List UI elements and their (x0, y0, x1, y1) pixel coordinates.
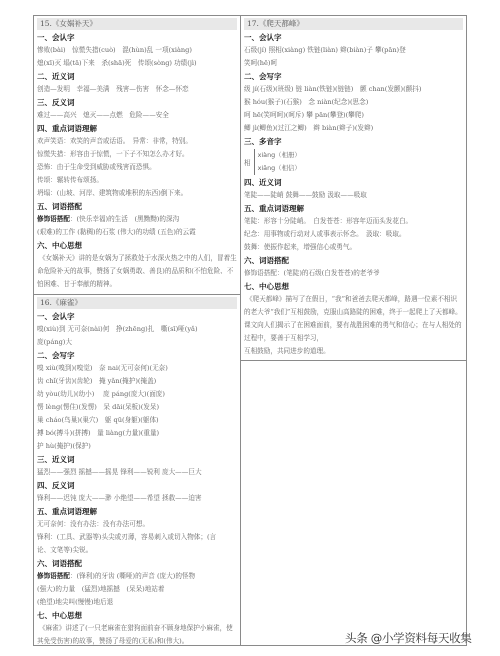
section-heading: 六、词语搭配 (244, 254, 463, 267)
text-line: 修饰语搭配：(快乐幸福)的生活 (黑黝黝)的深沟 (37, 213, 237, 226)
text-line: 惊慌失措：形容由于惊慌，一下子不知怎么办才好。 (37, 148, 237, 161)
text-line: (绝望)地尖叫(慢慢)地后退 (37, 596, 237, 609)
text-line: 难过——高兴 熄灭——点燃 危险——安全 (37, 109, 237, 122)
text-line: 无可奈何：没有办法：没有办法可想。 (37, 518, 237, 531)
text-line: 搏 bó(搏斗)(拼搏) 量 liàng(力量)(重量) (37, 427, 237, 440)
left-column: 15.《女娲补天》 一、会认字 惨败(bài) 惊慌失措(cuò) 混(hùn)… (34, 16, 241, 645)
text-line: 修饰语搭配：(笔陡)的石级(白发苍苍)的老爷爷 (244, 267, 463, 280)
text-span: ：(锋利)的牙齿 (嘶哑)的声音 (庞大)的怪物 (70, 572, 195, 580)
lesson-title: 17.《爬天都峰》 (244, 18, 463, 30)
text-line: 坍塌：(山坡、河岸、建筑物或堆积的东西)倒下来。 (37, 187, 237, 200)
section-heading: 三、反义词 (37, 96, 237, 109)
text-line: 恐怖：由于生命受到威胁或残害而恐惧。 (37, 161, 237, 174)
text-line: 护 hù(掩护)(保护) (37, 440, 237, 453)
text-line: 猴 hóu(猴子)(石猴) 念 niàn(纪念)(思念) (244, 96, 463, 109)
text-line: 嗅 xiù(嗅到)(嗅觉) 奈 nai(无可奈何)(无奈) (37, 362, 237, 375)
section-heading: 三、多音字 (244, 135, 463, 148)
summary-paragraph: 《爬天都峰》描写了在假日，“我”和爸爸去爬天都峰，路遇一位素不相识的老大爷“我们… (244, 293, 463, 345)
bold-lead: 修饰语搭配 (37, 215, 70, 223)
text-line: 锋利——迟钝 庞大——渺 小绝望——希望 拯救——迫害 (37, 492, 237, 505)
text-line: 猛烈——强烈 摇撼——摇晃 锋利——锐利 庞大——巨大 (37, 466, 237, 479)
text-line: (艰难)的工作 (黏稠)的石浆 (伟大)的功绩 (五色)的云霞 (37, 226, 237, 239)
text-span: ：(快乐幸福)的生活 (黑黝黝)的深沟 (70, 215, 179, 223)
text-line: 纪念：用事物或行动对人或事表示怀念。 汲取：吸取。 (244, 228, 463, 241)
text-line: 呵 hē(笑呵呵)(呵斥) 攀 pān(攀登)(攀爬) (244, 109, 463, 122)
section-heading: 五、重点词语理解 (244, 202, 463, 215)
section-heading: 五、重点词语理解 (37, 505, 237, 518)
lesson-16-sparrow: 16.《麻雀》 一、会认字 嗅(xiù)到 无可奈(nài)何 挣(zhēng)… (34, 297, 240, 650)
reading: xiāng（相信） (258, 162, 301, 175)
text-line: 论、文笔等)尖锐。 (37, 544, 237, 557)
section-heading: 四、近义词 (244, 176, 463, 189)
text-line: 鲫 jì(鲫鱼)(过江之鲫) 辫 biàn(辫子)(发辫) (244, 122, 463, 135)
section-heading: 七、中心思想 (37, 609, 237, 622)
polyphone-character: 相 (244, 157, 254, 167)
text-line: 嗅(xiù)到 无可奈(nài)何 挣(zhēng)扎 嘶(sī)哑(yǎ) (37, 323, 237, 336)
text-line: 欢声笑语：欢笑的声音或话语。 异常：非常，特别。 (37, 135, 237, 148)
text-line: 熄(xī)灭 塌(tā)下来 杀(shā)死 传颂(sòng) 功绩(jì) (37, 57, 237, 70)
text-line: 幼 yòu(幼儿)(幼小) 庞 páng(庞大)(面庞) (37, 388, 237, 401)
text-line: 齿 chǐ(牙齿)(齿轮) 掩 yǎn(掩护)(掩盖) (37, 375, 237, 388)
section-heading: 四、重点词语理解 (37, 122, 237, 135)
section-heading: 一、会认字 (37, 310, 237, 323)
section-heading: 一、会认字 (37, 31, 237, 44)
summary-paragraph: 《麻雀》讲述了(一只老麻雀在猎狗面前奋不顾身地保护小麻雀，使其免受伤害)的故事，… (37, 622, 237, 648)
polyphone-readings: xiàng（相册） xiāng（相信） (254, 149, 301, 175)
polyphone-entry: 相 xiàng（相册） xiāng（相信） (244, 149, 463, 175)
text-line: 传颂：辗转传布颂扬。 (37, 174, 237, 187)
lesson-17-tiandu-peak: 17.《爬天都峰》 一、会认字 石级(jí) 照相(xiàng) 铁链(liàn… (241, 18, 466, 361)
text-line: 愣 lèng(愣住)(发愣) 呆 dāi(呆板)(发呆) (37, 401, 237, 414)
text-line: 互相鼓励，共同进步的道理。 (244, 345, 463, 358)
text-line: 笔陡：形容十分陡峭。 白发苍苍：形容年迈而头发花白。 (244, 215, 463, 228)
section-heading: 二、会写字 (37, 349, 237, 362)
text-line: 锋利：(工具、武器等)头尖或刃薄，容易刺入或切入物体；(言 (37, 531, 237, 544)
text-line: 惨败(bài) 惊慌失措(cuò) 混(hùn)乱 一项(xiàng) (37, 44, 237, 57)
right-column: 17.《爬天都峰》 一、会认字 石级(jí) 照相(xiàng) 铁链(liàn… (241, 16, 466, 645)
text-line: 级 jí(石级)(班级) 链 liàn(铁链)(链链) 颤 chan(发颤)(颤… (244, 83, 463, 96)
text-line: 修饰语搭配：(锋利)的牙齿 (嘶哑)的声音 (庞大)的怪物 (37, 570, 237, 583)
text-line: 笔陡——陡峭 鼓舞——鼓励 汲取——吸取 (244, 189, 463, 202)
section-heading: 二、会写字 (244, 70, 463, 83)
reading: xiàng（相册） (258, 149, 301, 162)
section-heading: 二、近义词 (37, 70, 237, 83)
worksheet-table: 15.《女娲补天》 一、会认字 惨败(bài) 惊慌失措(cuò) 混(hùn)… (33, 15, 467, 646)
text-line: 创造—发明 幸福—美满 残害—伤害 怀念—怀恋 (37, 83, 237, 96)
lesson-15-nuwa: 15.《女娲补天》 一、会认字 惨败(bài) 惊慌失措(cuò) 混(hùn)… (34, 18, 240, 295)
lesson-title: 15.《女娲补天》 (37, 18, 237, 30)
bold-lead: 修饰语搭配 (37, 572, 70, 580)
section-heading: 七、中心思想 (244, 280, 463, 293)
text-line: 庞(páng)大 (37, 336, 237, 349)
text-line: (强大)的力量 (猛烈)地摇撼 (呆呆)地站着 (37, 583, 237, 596)
watermark: 头条 @小学资料每天收集 (345, 630, 472, 646)
summary-paragraph: 《女娲补天》讲的是女娲为了拯救处于水深火热之中的人们，冒着生命危险补天的故事，赞… (37, 252, 237, 291)
text-line: 石级(jí) 照相(xiàng) 铁链(liàn) 辫(biàn)子 攀(pān… (244, 44, 463, 57)
section-heading: 六、中心思想 (37, 239, 237, 252)
text-line: 笑呵(hē)呵 (244, 57, 463, 70)
text-line: 鼓舞：使振作起来，增强信心或勇气。 (244, 241, 463, 254)
section-heading: 一、会认字 (244, 31, 463, 44)
section-heading: 五、词语搭配 (37, 200, 237, 213)
section-heading: 四、反义词 (37, 479, 237, 492)
section-heading: 六、词语搭配 (37, 557, 237, 570)
text-line: 巢 cháo(鸟巢)(巢穴) 躯 qū(身躯)(躯体) (37, 414, 237, 427)
section-heading: 三、近义词 (37, 453, 237, 466)
lesson-title: 16.《麻雀》 (37, 297, 237, 309)
